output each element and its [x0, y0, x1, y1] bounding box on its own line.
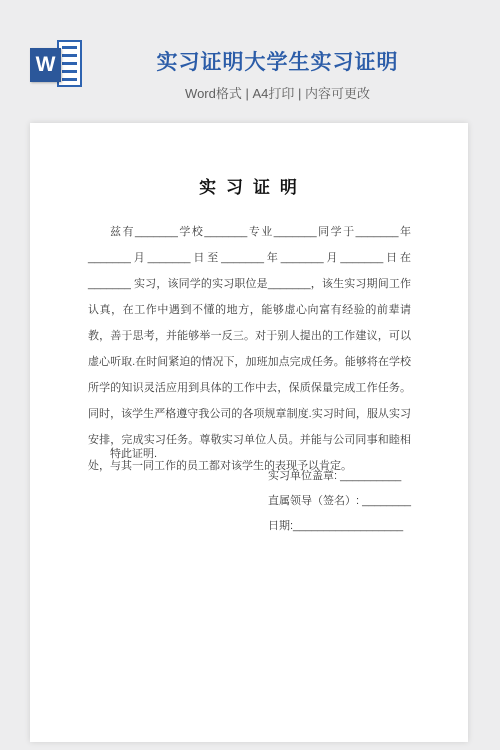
signature-line-date: 日期:__________________	[268, 514, 411, 539]
signature-block: 实习单位盖章: __________ 直属领导（签名）: ________ 日期…	[268, 464, 411, 539]
document-page: 实 习 证 明 兹有_______学校_______专业_______同学于__…	[30, 123, 468, 742]
page-title: 实习证明大学生实习证明	[95, 46, 460, 76]
word-w-icon: W	[30, 48, 61, 82]
header: 实习证明大学生实习证明 Word格式 | A4打印 | 内容可更改	[95, 46, 460, 102]
page-background: W 实习证明大学生实习证明 Word格式 | A4打印 | 内容可更改 实 习 …	[0, 0, 500, 750]
doc-line-icon	[62, 62, 77, 65]
signature-line-leader: 直属领导（签名）: ________	[268, 489, 411, 514]
document-body-paragraph: 兹有_______学校_______专业_______同学于_______年__…	[88, 219, 411, 479]
document-title: 实 习 证 明	[30, 173, 468, 198]
doc-line-icon	[62, 54, 77, 57]
doc-line-icon	[62, 46, 77, 49]
doc-line-icon	[62, 70, 77, 73]
doc-line-icon	[62, 78, 77, 81]
word-icon: W	[30, 40, 84, 92]
page-subtitle: Word格式 | A4打印 | 内容可更改	[95, 83, 460, 102]
document-closing: 特此证明.	[88, 441, 157, 467]
signature-line-stamp: 实习单位盖章: __________	[268, 464, 411, 489]
